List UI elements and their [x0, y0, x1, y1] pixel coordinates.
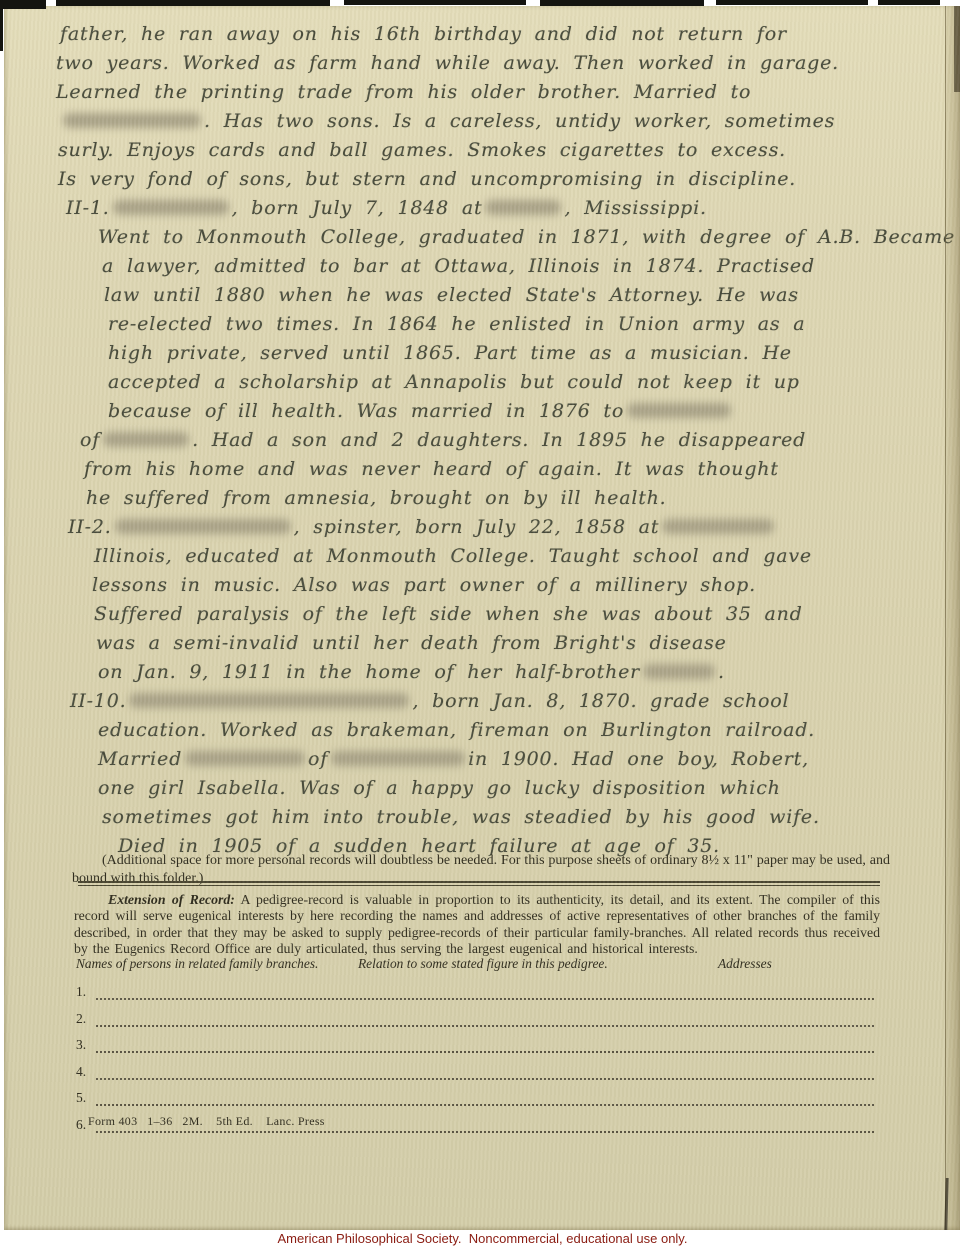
handwritten-text: .	[718, 661, 725, 683]
handwritten-text: , born Jan. 8, 1870. grade school	[412, 690, 789, 712]
dotted-entry-line	[96, 1100, 874, 1106]
section-divider-rule	[78, 881, 880, 886]
handwriting-line: Suffered paralysis of the left side when…	[30, 600, 935, 629]
handwritten-text: Went to Monmouth College, graduated in 1…	[98, 226, 955, 248]
handwritten-text: II-2.	[68, 516, 112, 538]
handwriting-line: one girl Isabella. Was of a happy go luc…	[30, 774, 935, 803]
handwriting-line: was a semi-invalid until her death from …	[30, 629, 935, 658]
paper-sheet: father, he ran away on his 16th birthday…	[4, 6, 960, 1230]
archive-attribution: American Philosophical Society. Noncomme…	[0, 1231, 965, 1246]
dotted-entry-line	[96, 994, 874, 1000]
scan-edge-artifact	[540, 0, 704, 6]
handwritten-text: was a semi-invalid until her death from …	[96, 632, 727, 654]
handwritten-text: . Has two sons. Is a careless, untidy wo…	[204, 110, 835, 132]
handwritten-text: , spinster, born July 22, 1858 at	[294, 516, 660, 538]
handwriting-line: II-2., spinster, born July 22, 1858 at	[30, 513, 935, 542]
dotted-entry-line	[96, 1021, 874, 1027]
handwritten-text: sometimes got him into trouble, was stea…	[102, 806, 820, 828]
handwriting-line: from his home and was never heard of aga…	[30, 455, 935, 484]
scan-edge-artifact	[56, 0, 330, 6]
scan-edge-artifact	[0, 0, 46, 9]
scan-edge-artifact	[344, 0, 526, 5]
record-entry-row: 1.	[76, 982, 882, 1000]
handwritten-text: . Had a son and 2 daughters. In 1895 he …	[192, 429, 806, 451]
dotted-entry-line	[96, 1074, 874, 1080]
handwriting-line: re-elected two times. In 1864 he enliste…	[30, 310, 935, 339]
scan-edge-artifact	[716, 0, 868, 5]
handwritten-text: Married	[98, 748, 182, 770]
redacted-name-blur	[113, 200, 229, 215]
handwritten-text: a lawyer, admitted to bar at Ottawa, Ill…	[102, 255, 815, 277]
column-header-addresses: Addresses	[718, 956, 772, 972]
handwriting-line: Went to Monmouth College, graduated in 1…	[30, 223, 935, 252]
handwritten-text: two years. Worked as farm hand while awa…	[56, 52, 839, 74]
handwritten-text: law until 1880 when he was elected State…	[104, 284, 799, 306]
handwritten-text: from his home and was never heard of aga…	[84, 458, 779, 480]
handwriting-line: Illinois, educated at Monmouth College. …	[30, 542, 935, 571]
handwriting-line: high private, served until 1865. Part ti…	[30, 339, 935, 368]
handwriting-line: Marriedofin 1900. Had one boy, Robert,	[30, 745, 935, 774]
handwriting-line: sometimes got him into trouble, was stea…	[30, 803, 935, 832]
handwriting-line: of. Had a son and 2 daughters. In 1895 h…	[30, 426, 935, 455]
row-number: 1.	[76, 984, 96, 1000]
handwriting-line: II-10., born Jan. 8, 1870. grade school	[30, 687, 935, 716]
handwritten-text: education. Worked as brakeman, fireman o…	[98, 719, 815, 741]
record-entry-row: 4.	[76, 1062, 882, 1080]
page-fold-band	[945, 6, 960, 1230]
redacted-name-blur	[103, 432, 189, 447]
handwriting-line: Is very fond of sons, but stern and unco…	[30, 165, 935, 194]
handwriting-line: on Jan. 9, 1911 in the home of her half-…	[30, 658, 935, 687]
handwritten-text: accepted a scholarship at Annapolis but …	[108, 371, 800, 393]
redacted-name-blur	[331, 751, 465, 766]
row-number: 2.	[76, 1011, 96, 1027]
handwritten-text: Suffered paralysis of the left side when…	[94, 603, 803, 625]
record-entry-row: 2.	[76, 1009, 882, 1027]
handwritten-text: II-1.	[66, 197, 110, 219]
handwriting-line: because of ill health. Was married in 18…	[30, 397, 935, 426]
handwritten-text: Illinois, educated at Monmouth College. …	[94, 545, 812, 567]
record-entry-row: 3.	[76, 1035, 882, 1053]
record-entry-row: 5.	[76, 1088, 882, 1106]
redacted-name-blur	[662, 519, 774, 534]
row-number: 5.	[76, 1090, 96, 1106]
handwriting-line: Learned the printing trade from his olde…	[30, 78, 935, 107]
row-number: 4.	[76, 1064, 96, 1080]
handwriting-line: lessons in music. Also was part owner of…	[30, 571, 935, 600]
handwritten-text: because of ill health. Was married in 18…	[108, 400, 624, 422]
handwriting-line: II-1., born July 7, 1848 at, Mississippi…	[30, 194, 935, 223]
handwritten-text: he suffered from amnesia, brought on by …	[86, 487, 667, 509]
redacted-name-blur	[627, 403, 731, 418]
handwriting-line: accepted a scholarship at Annapolis but …	[30, 368, 935, 397]
handwriting-line: surly. Enjoys cards and ball games. Smok…	[30, 136, 935, 165]
related-branches-column-headers: Names of persons in related family branc…	[76, 956, 882, 974]
redacted-name-blur	[485, 200, 561, 215]
redacted-name-blur	[63, 113, 201, 128]
dotted-entry-line	[96, 1047, 874, 1053]
column-header-relation: Relation to some stated figure in this p…	[358, 956, 608, 972]
column-header-names: Names of persons in related family branc…	[76, 956, 318, 972]
extension-of-record-paragraph: Extension of Record: A pedigree-record i…	[74, 892, 880, 958]
handwritten-text: II-10.	[70, 690, 126, 712]
redacted-name-blur	[129, 693, 409, 708]
scan-edge-artifact	[954, 6, 960, 92]
redacted-name-blur	[643, 664, 715, 679]
redacted-name-blur	[185, 751, 305, 766]
handwritten-text: Learned the printing trade from his olde…	[56, 81, 751, 103]
handwritten-text: one girl Isabella. Was of a happy go luc…	[98, 777, 781, 799]
handwritten-text: of	[80, 429, 100, 451]
scan-edge-artifact	[878, 0, 940, 5]
handwritten-text: of	[308, 748, 328, 770]
handwritten-text: lessons in music. Also was part owner of…	[92, 574, 756, 596]
handwriting-line: a lawyer, admitted to bar at Ottawa, Ill…	[30, 252, 935, 281]
handwritten-text: in 1900. Had one boy, Robert,	[468, 748, 809, 770]
form-imprint: Form 403 1–36 2M. 5th Ed. Lanc. Press	[88, 1114, 325, 1129]
handwritten-text: , born July 7, 1848 at	[232, 197, 483, 219]
scan-edge-artifact	[0, 9, 3, 51]
handwritten-text: re-elected two times. In 1864 he enliste…	[108, 313, 805, 335]
handwriting-line: father, he ran away on his 16th birthday…	[30, 20, 935, 49]
handwritten-text: surly. Enjoys cards and ball games. Smok…	[58, 139, 786, 161]
handwriting-line: two years. Worked as farm hand while awa…	[30, 49, 935, 78]
handwriting-line: he suffered from amnesia, brought on by …	[30, 484, 935, 513]
handwritten-text: father, he ran away on his 16th birthday…	[60, 23, 787, 45]
row-number: 3.	[76, 1037, 96, 1053]
redacted-name-blur	[115, 519, 291, 534]
handwriting-block: father, he ran away on his 16th birthday…	[30, 20, 935, 861]
handwritten-text: high private, served until 1865. Part ti…	[108, 342, 792, 364]
handwritten-text: , Mississippi.	[564, 197, 706, 219]
handwriting-line: education. Worked as brakeman, fireman o…	[30, 716, 935, 745]
handwritten-text: on Jan. 9, 1911 in the home of her half-…	[98, 661, 640, 683]
handwritten-text: Is very fond of sons, but stern and unco…	[58, 168, 796, 190]
handwriting-line: . Has two sons. Is a careless, untidy wo…	[30, 107, 935, 136]
extension-of-record-heading: Extension of Record:	[108, 892, 235, 907]
handwriting-line: law until 1880 when he was elected State…	[30, 281, 935, 310]
scanned-document: father, he ran away on his 16th birthday…	[0, 0, 965, 1251]
